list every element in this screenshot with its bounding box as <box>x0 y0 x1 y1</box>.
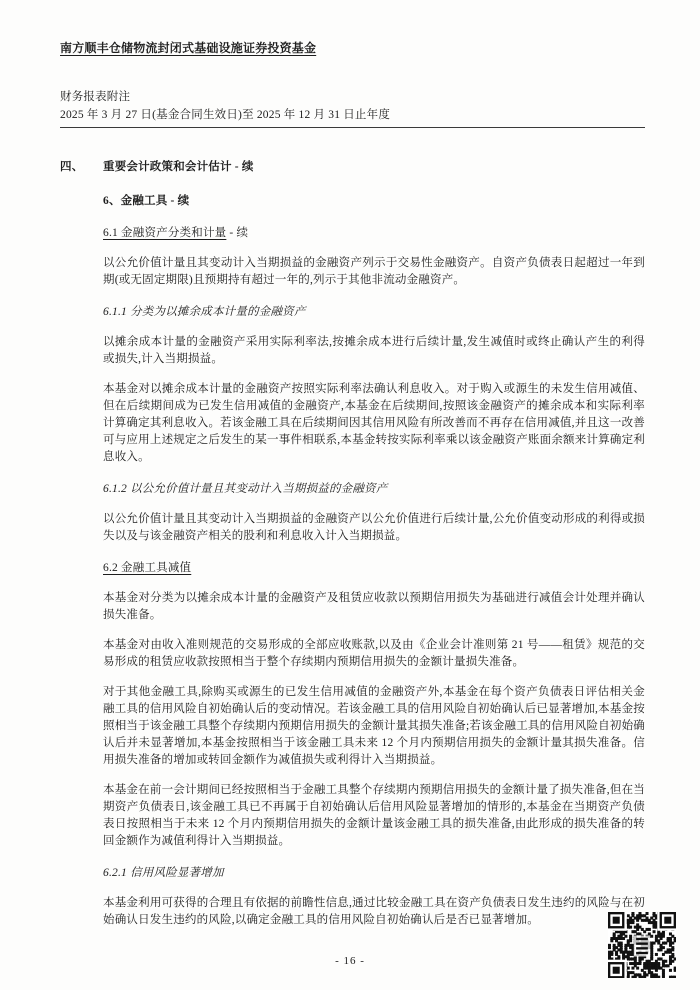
subsection-heading-6-1-2: 6.1.2 以公允价值计量且其变动计入当期损益的金融资产 <box>103 481 645 498</box>
subsection-heading-6-1-suffix: - 续 <box>226 227 248 239</box>
subsection-heading-6-1-underlined: 6.1 金融资产分类和计量 <box>103 227 226 239</box>
page-body: 南方顺丰仓储物流封闭式基础设施证券投资基金 财务报表附注 2025 年 3 月 … <box>0 0 700 990</box>
paragraph-6-1-2-a: 以公允价值计量且其变动计入当期损益的金融资产以公允价值进行后续计量,公允价值变动… <box>103 511 645 545</box>
paragraph-6-2-d: 本基金在前一会计期间已经按照相当于金融工具整个存续期内预期信用损失的金额计量了损… <box>103 782 645 850</box>
section-title: 重要会计政策和会计估计 - 续 <box>103 159 254 176</box>
paragraph-6-2-c: 对于其他金融工具,除购买或源生的已发生信用减值的金融资产外,本基金在每个资产负债… <box>103 684 645 769</box>
document-header: 南方顺丰仓储物流封闭式基础设施证券投资基金 财务报表附注 2025 年 3 月 … <box>60 40 645 128</box>
fund-name-title: 南方顺丰仓储物流封闭式基础设施证券投资基金 <box>60 40 645 57</box>
paragraph-6-2-1-a: 本基金利用可获得的合理且有依据的前瞻性信息,通过比较金融工具在资产负债表日发生违… <box>103 895 645 929</box>
subsection-heading-6-1-1: 6.1.1 分类为以摊余成本计量的金融资产 <box>103 304 645 321</box>
paragraph-6-1-classification: 以公允价值计量且其变动计入当期损益的金融资产列示于交易性金融资产。自资产负债表日… <box>103 255 645 289</box>
qr-code <box>608 912 676 978</box>
paragraph-6-2-a: 本基金对分类为以摊余成本计量的金融资产及租赁应收款以预期信用损失为基础进行减值会… <box>103 590 645 624</box>
paragraph-6-1-1-b: 本基金对以摊余成本计量的金融资产按照实际利率法确认利息收入。对于购入或源生的未发… <box>103 381 645 466</box>
subsection-heading-6-1: 6.1 金融资产分类和计量 - 续 <box>103 225 645 242</box>
subsection-heading-6-2-text: 6.2 金融工具减值 <box>103 562 191 574</box>
subsection-heading-6-2: 6.2 金融工具减值 <box>103 560 645 577</box>
document-page: { "header": { "fund_name": "南方顺丰仓储物流封闭式基… <box>0 0 700 990</box>
report-title: 财务报表附注 <box>60 89 645 106</box>
subsection-heading-6-2-1: 6.2.1 信用风险显著增加 <box>103 865 645 882</box>
page-number: - 16 - <box>0 955 700 967</box>
paragraph-6-1-1-a: 以摊余成本计量的金融资产采用实际利率法,按摊余成本进行后续计量,发生减值时或终止… <box>103 334 645 368</box>
section-number: 四、 <box>60 159 103 176</box>
section-heading-4: 四、 重要会计政策和会计估计 - 续 <box>60 159 645 176</box>
paragraph-6-2-b: 本基金对由收入准则规范的交易形成的全部应收账款,以及由《企业会计准则第 21 号… <box>103 637 645 671</box>
reporting-period-line: 2025 年 3 月 27 日(基金合同生效日)至 2025 年 12 月 31… <box>60 107 645 128</box>
subsection-heading-6: 6、金融工具 - 续 <box>103 193 645 210</box>
